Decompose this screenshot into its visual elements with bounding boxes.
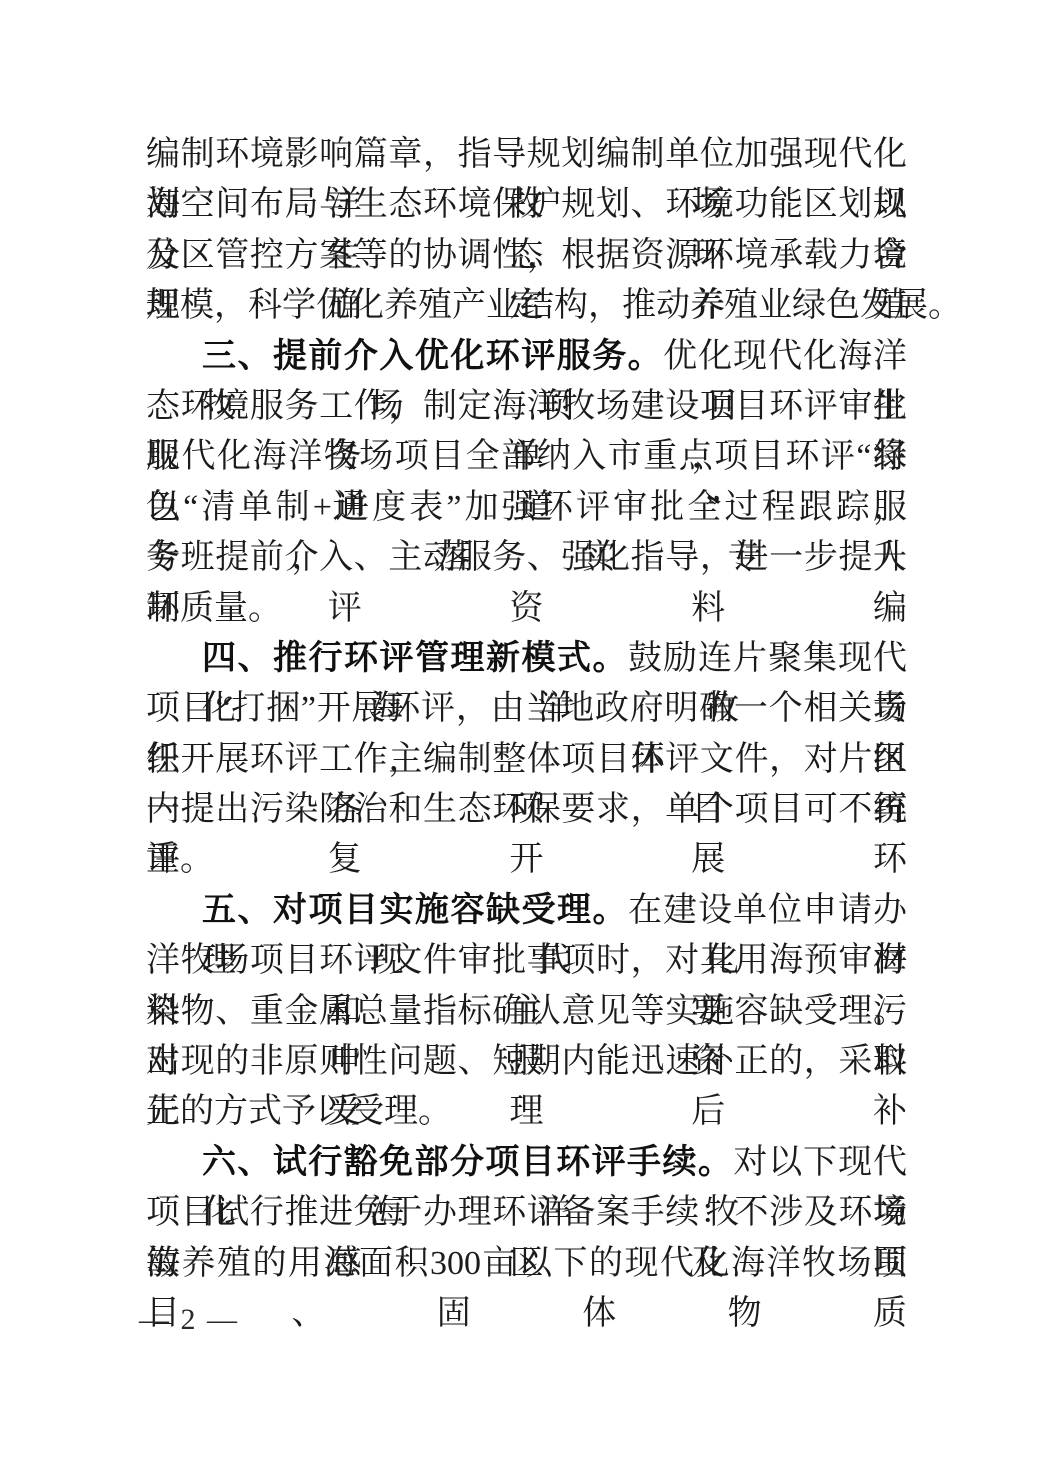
text-line: 海养殖的用海面积300亩以下的现代化海洋牧场项目、固体物质 <box>146 1239 907 1289</box>
text-line: 出现的非原则性问题、短期内能迅速补正的，采取先受理后补 <box>146 1037 907 1087</box>
section-heading-6: 六、试行豁免部分项目环评手续。 <box>202 1144 733 1181</box>
document-page: 编制环境影响篇章，指导规划编制单位加强现代化海洋牧场规 划空间布局与生态环境保护… <box>0 0 1040 1466</box>
text-line: 以“清单制+进度表”加强环评审批全过程跟踪服务，落实专人 <box>146 483 907 533</box>
text-line: 态环境服务工作，制定海洋牧场建设项目环评审批服务单，将 <box>146 382 907 432</box>
text-line: 项目“打捆”开展环评，由当地政府明确一个相关责任主体组 <box>146 684 907 734</box>
text-line: 一提出污染防治和生态环保要求，单个项目可不再重复开展环 <box>146 785 907 835</box>
line-text: 评。 <box>146 841 214 878</box>
text-line: 分区管控方案等的协调性，根据资源环境承载力合理确定养殖 <box>146 231 907 281</box>
section-heading-4: 四、推行环评管理新模式。 <box>202 640 628 677</box>
line-text: 规模，科学优化养殖产业结构，推动养殖业绿色发展。 <box>146 287 962 324</box>
line-text: 一提出污染防治和生态环保要求，单个项目可不再重复开展环 <box>146 791 907 878</box>
page-number: — 2 — <box>139 1300 239 1340</box>
text-line: 染物、重金属总量指标确认意见等实施容缺受理。对申报资料 <box>146 987 907 1037</box>
text-line: 四、推行环评管理新模式。鼓励连片聚集现代化海洋牧场 <box>146 634 907 684</box>
line-text: 海养殖的用海面积300亩以下的现代化海洋牧场项目、固体物质 <box>146 1245 907 1332</box>
section-heading-3: 三、提前介入优化环评服务。 <box>202 338 663 375</box>
section-heading-5: 五、对项目实施容缺受理。 <box>202 892 628 929</box>
text-line: 洋牧场项目环评文件审批事项时，对其用海预审材料和主要污 <box>146 936 907 986</box>
document-body: 编制环境影响篇章，指导规划编制单位加强现代化海洋牧场规 划空间布局与生态环境保护… <box>146 130 907 1289</box>
line-text: 制质量。 <box>146 590 282 627</box>
text-line: 划空间布局与生态环境保护规划、环境功能区划以及生态环境 <box>146 180 907 230</box>
text-line: 专班提前介入、主动服务、强化指导，进一步提升环评资料编 <box>146 533 907 583</box>
text-line: 织开展环评工作，编制整体项目环评文件，对片区内各项目统 <box>146 735 907 785</box>
line-text: 正的方式予以受理。 <box>146 1093 452 1130</box>
text-line: 规模，科学优化养殖产业结构，推动养殖业绿色发展。 <box>146 281 907 331</box>
text-line: 编制环境影响篇章，指导规划编制单位加强现代化海洋牧场规 <box>146 130 907 180</box>
text-line: 六、试行豁免部分项目环评手续。对以下现代化海洋牧场 <box>146 1138 907 1188</box>
text-line: 现代化海洋牧场项目全部纳入市重点项目环评“绿色通道”， <box>146 432 907 482</box>
text-line: 五、对项目实施容缺受理。在建设单位申请办理现代化海 <box>146 886 907 936</box>
text-line: 三、提前介入优化环评服务。优化现代化海洋牧场项目生 <box>146 332 907 382</box>
text-line: 项目试行推进免于办理环评备案手续：不涉及环境敏感区及围 <box>146 1188 907 1238</box>
